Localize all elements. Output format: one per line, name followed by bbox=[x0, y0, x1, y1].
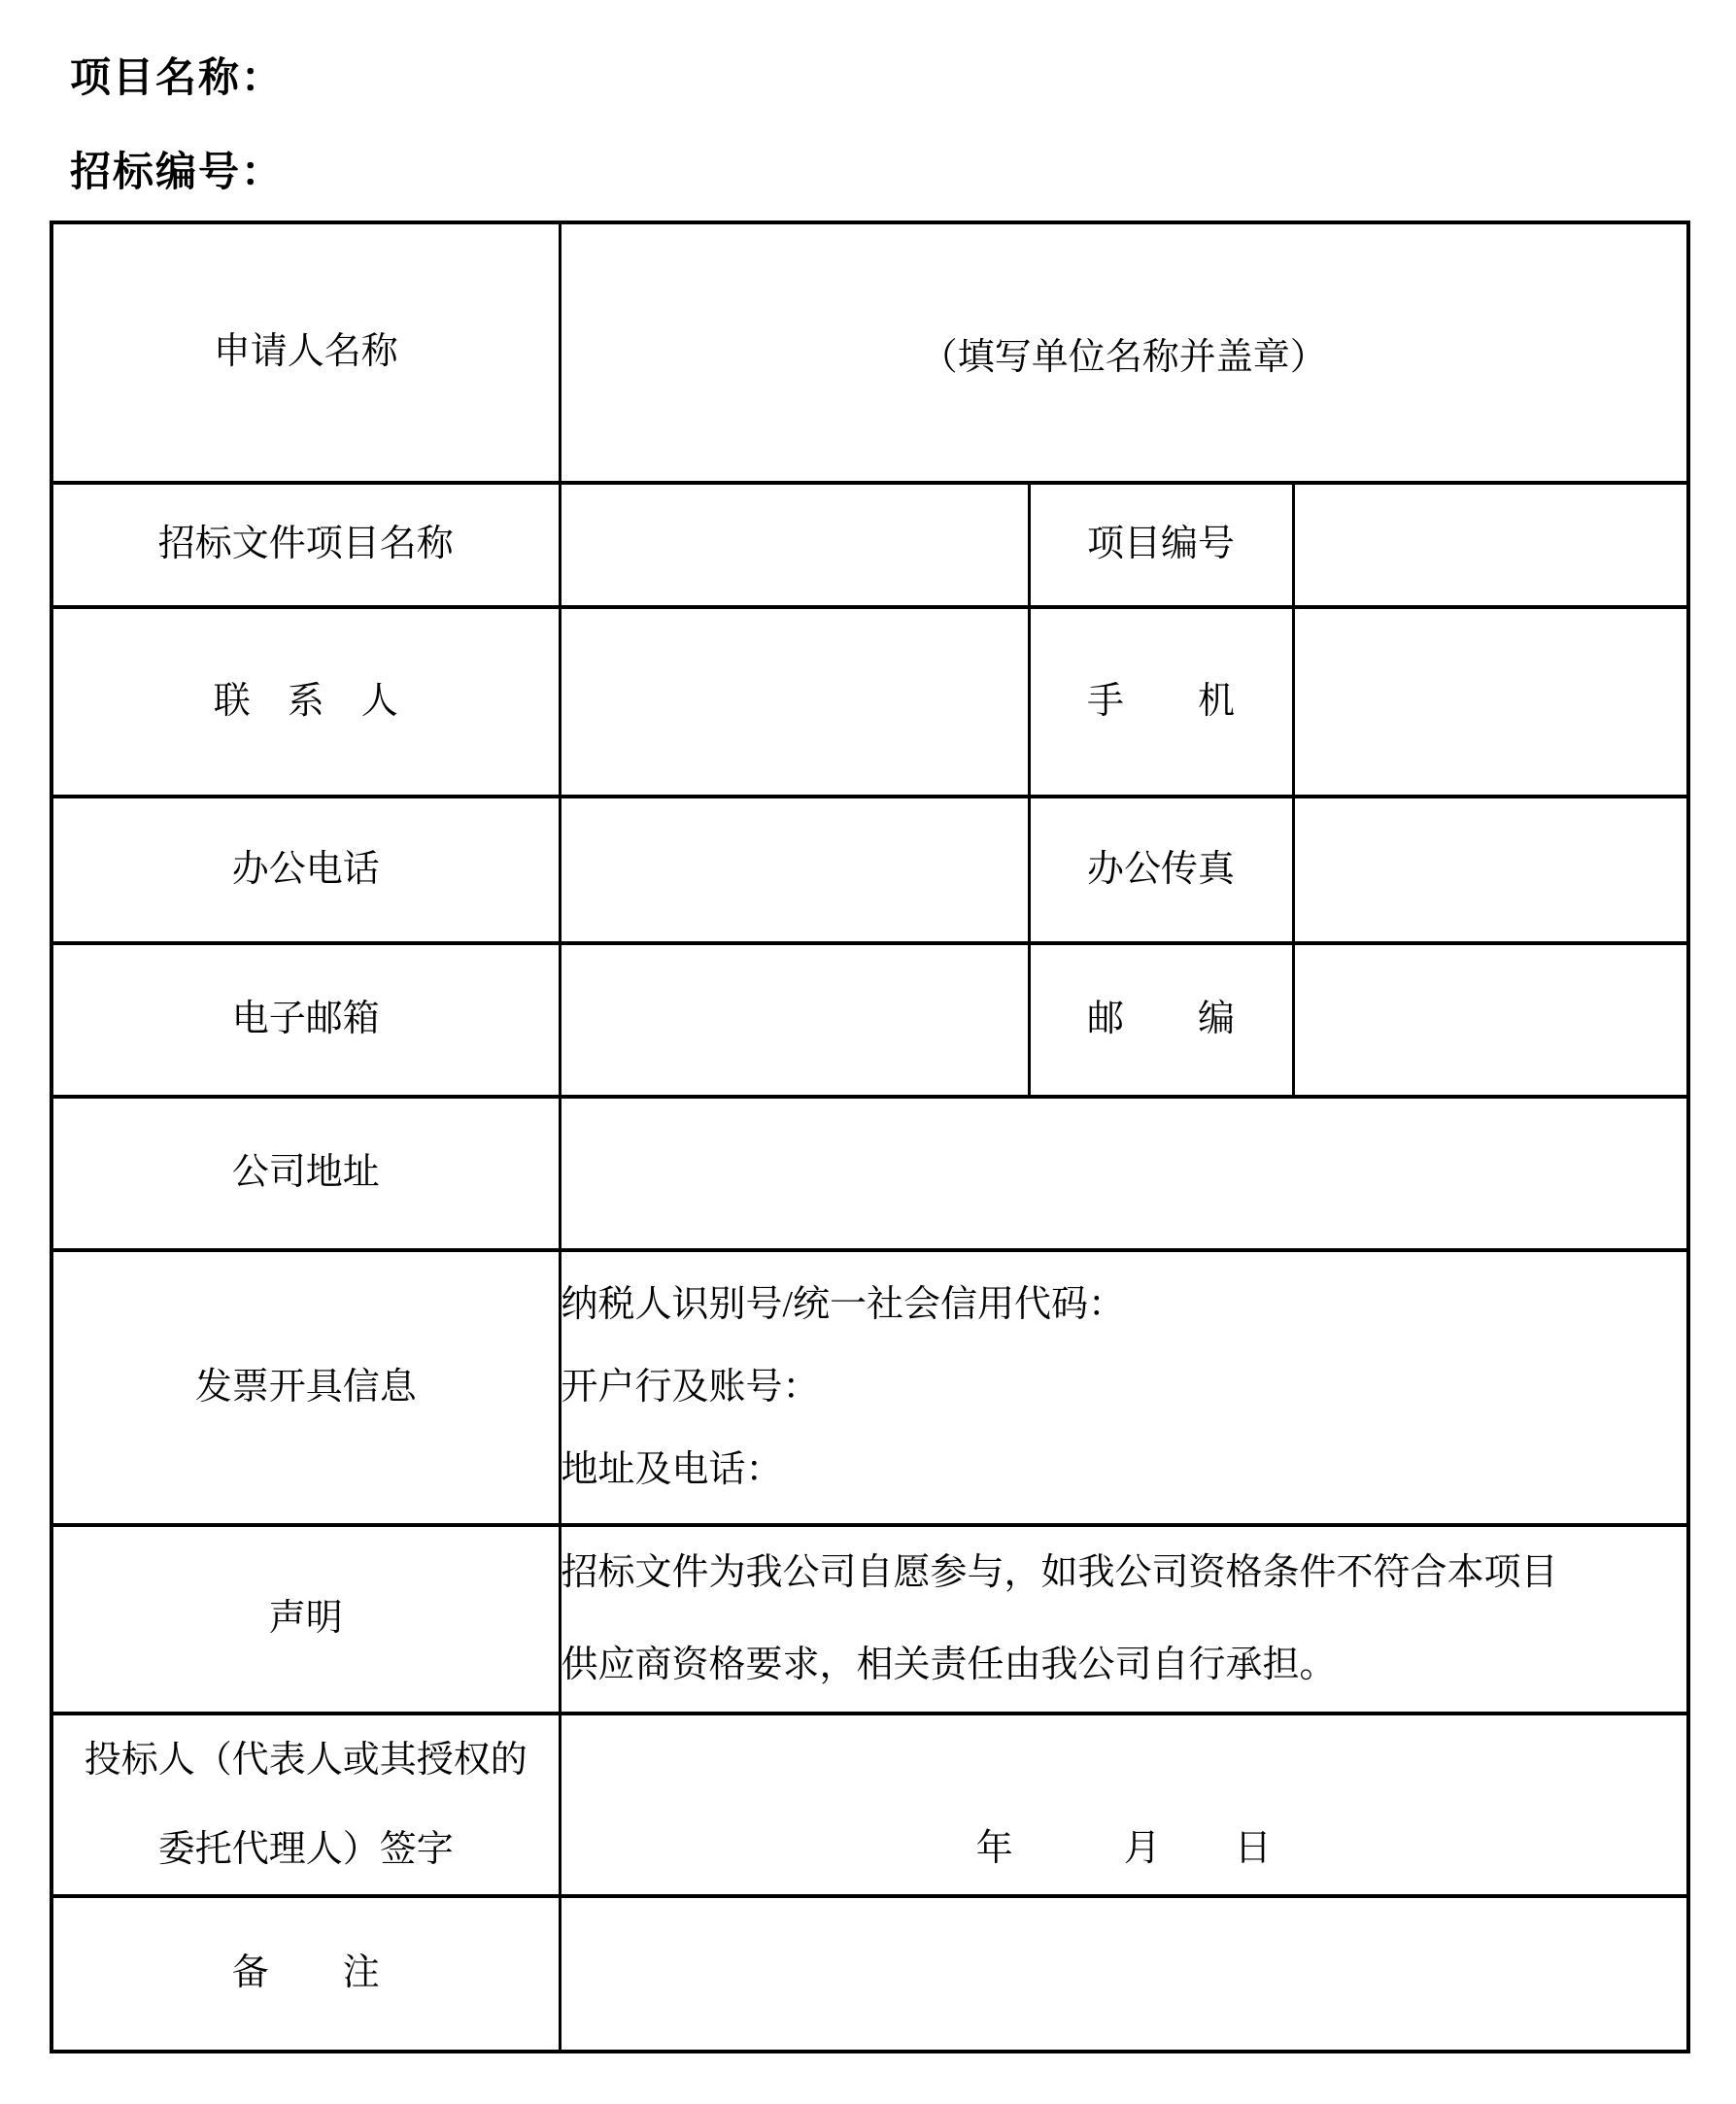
invoice-address-phone-line: 地址及电话： bbox=[562, 1429, 1687, 1511]
signature-label-line1: 投标人（代表人或其授权的 bbox=[53, 1715, 559, 1805]
email-label: 电子邮箱 bbox=[51, 943, 560, 1097]
signature-row: 投标人（代表人或其授权的 委托代理人）签字 年 月 日 bbox=[51, 1714, 1688, 1896]
invoice-info-row: 发票开具信息 纳税人识别号/统一社会信用代码： 开户行及账号： 地址及电话： bbox=[51, 1250, 1688, 1525]
invoice-bank-account-line: 开户行及账号： bbox=[562, 1346, 1687, 1429]
postal-code-input-cell[interactable] bbox=[1293, 943, 1688, 1097]
office-phone-input-cell[interactable] bbox=[560, 797, 1029, 943]
tender-number-label: 招标编号： bbox=[70, 153, 284, 193]
remarks-input-cell[interactable] bbox=[560, 1896, 1688, 2052]
project-name-label: 项目名称： bbox=[70, 58, 284, 99]
office-phone-label: 办公电话 bbox=[51, 797, 560, 943]
tender-doc-project-name-label: 招标文件项目名称 bbox=[51, 483, 560, 607]
application-form-table: 申请人名称 （填写单位名称并盖章） 招标文件项目名称 项目编号 联 系 人 手 … bbox=[50, 221, 1690, 2053]
tender-doc-project-row: 招标文件项目名称 项目编号 bbox=[51, 483, 1688, 607]
signature-date-cell[interactable]: 年 月 日 bbox=[560, 1714, 1688, 1896]
office-fax-label: 办公传真 bbox=[1029, 797, 1293, 943]
declaration-label: 声明 bbox=[51, 1525, 560, 1714]
postal-code-label: 邮 编 bbox=[1029, 943, 1293, 1097]
declaration-row: 声明 招标文件为我公司自愿参与，如我公司资格条件不符合本项目供应商资格要求，相关… bbox=[51, 1525, 1688, 1714]
applicant-name-input-cell[interactable]: （填写单位名称并盖章） bbox=[560, 222, 1688, 483]
company-address-input-cell[interactable] bbox=[560, 1097, 1688, 1250]
document-page: 项目名称： 招标编号： 申请人名称 （填写单位名称并盖章） 招标文件项目名称 项… bbox=[0, 0, 1736, 2104]
contact-row: 联 系 人 手 机 bbox=[51, 607, 1688, 797]
date-line: 年 月 日 bbox=[562, 1830, 1687, 1894]
invoice-taxpayer-id-line: 纳税人识别号/统一社会信用代码： bbox=[562, 1264, 1687, 1346]
project-number-input-cell[interactable] bbox=[1293, 483, 1688, 607]
signature-label: 投标人（代表人或其授权的 委托代理人）签字 bbox=[51, 1714, 560, 1896]
office-phone-row: 办公电话 办公传真 bbox=[51, 797, 1688, 943]
mobile-input-cell[interactable] bbox=[1293, 607, 1688, 797]
remarks-row: 备 注 bbox=[51, 1896, 1688, 2052]
tender-doc-project-name-input-cell[interactable] bbox=[560, 483, 1029, 607]
invoice-info-label: 发票开具信息 bbox=[51, 1250, 560, 1525]
signature-label-line2: 委托代理人）签字 bbox=[53, 1805, 559, 1894]
declaration-text-cell: 招标文件为我公司自愿参与，如我公司资格条件不符合本项目供应商资格要求，相关责任由… bbox=[560, 1525, 1688, 1714]
mobile-label: 手 机 bbox=[1029, 607, 1293, 797]
company-address-row: 公司地址 bbox=[51, 1097, 1688, 1250]
company-address-label: 公司地址 bbox=[51, 1097, 560, 1250]
remarks-label: 备 注 bbox=[51, 1896, 560, 2052]
email-row: 电子邮箱 邮 编 bbox=[51, 943, 1688, 1097]
applicant-name-label: 申请人名称 bbox=[51, 222, 560, 483]
applicant-name-row: 申请人名称 （填写单位名称并盖章） bbox=[51, 222, 1688, 483]
office-fax-input-cell[interactable] bbox=[1293, 797, 1688, 943]
declaration-text: 招标文件为我公司自愿参与，如我公司资格条件不符合本项目供应商资格要求，相关责任由… bbox=[562, 1527, 1577, 1712]
project-number-label: 项目编号 bbox=[1029, 483, 1293, 607]
email-input-cell[interactable] bbox=[560, 943, 1029, 1097]
invoice-info-input-cell[interactable]: 纳税人识别号/统一社会信用代码： 开户行及账号： 地址及电话： bbox=[560, 1250, 1688, 1525]
contact-person-label: 联 系 人 bbox=[51, 607, 560, 797]
contact-person-input-cell[interactable] bbox=[560, 607, 1029, 797]
